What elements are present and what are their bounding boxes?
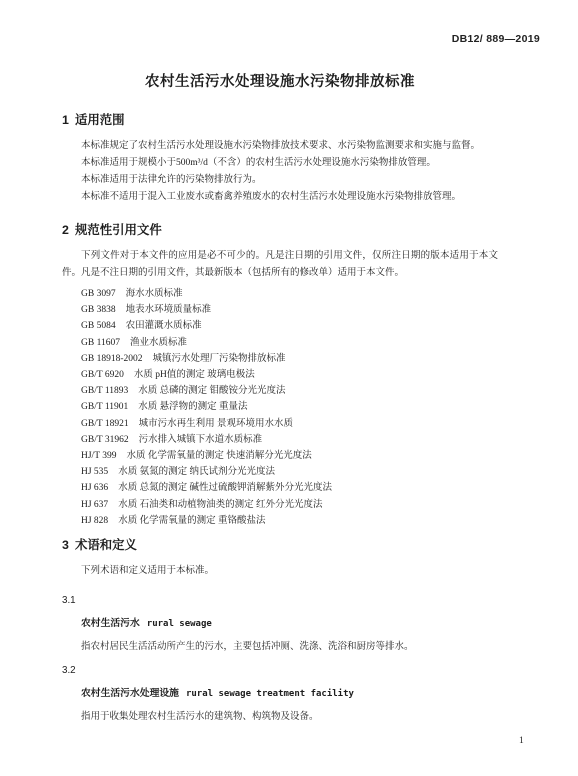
reference-item: GB 5084农田灌溉水质标准 bbox=[81, 318, 498, 334]
reference-title: 水质 石油类和动植物油类的测定 红外分光光度法 bbox=[118, 500, 322, 510]
term-name-en: rural sewage bbox=[147, 619, 212, 629]
section-1-number: 1 bbox=[62, 112, 75, 128]
reference-item: GB 11607渔业水质标准 bbox=[81, 335, 498, 351]
section-3-heading: 3术语和定义 bbox=[62, 537, 498, 553]
reference-item: GB/T 11901水质 悬浮物的测定 重量法 bbox=[81, 399, 498, 415]
scope-paragraph: 本标准规定了农村生活污水处理设施水污染物排放技术要求、水污染物监测要求和实施与监… bbox=[62, 138, 498, 155]
section-1-body: 本标准规定了农村生活污水处理设施水污染物排放技术要求、水污染物监测要求和实施与监… bbox=[62, 138, 498, 206]
reference-title: 地表水环境质量标准 bbox=[126, 305, 212, 315]
reference-item: HJ 637水质 石油类和动植物油类的测定 红外分光光度法 bbox=[81, 497, 498, 513]
reference-title: 水质 化学需氧量的测定 快速消解分光光度法 bbox=[126, 451, 311, 461]
term-id: 3.1 bbox=[62, 593, 498, 608]
section-3-title: 术语和定义 bbox=[75, 538, 137, 552]
reference-code: GB/T 18921 bbox=[81, 419, 129, 429]
term-3-2: 3.2 农村生活污水处理设施rural sewage treatment fac… bbox=[62, 663, 498, 725]
reference-code: GB 5084 bbox=[81, 321, 116, 331]
reference-title: 水质 总氮的测定 碱性过硫酸钾消解紫外分光光度法 bbox=[118, 483, 332, 493]
reference-code: HJ/T 399 bbox=[81, 451, 116, 461]
reference-item: GB/T 6920水质 pH值的测定 玻璃电极法 bbox=[81, 367, 498, 383]
reference-code: GB/T 11901 bbox=[81, 402, 128, 412]
section-3-number: 3 bbox=[62, 537, 75, 553]
reference-item: GB 18918-2002城镇污水处理厂污染物排放标准 bbox=[81, 351, 498, 367]
term-name-zh: 农村生活污水 bbox=[81, 618, 140, 629]
reference-title: 海水水质标准 bbox=[126, 289, 183, 299]
reference-item: HJ 828水质 化学需氧量的测定 重铬酸盐法 bbox=[81, 513, 498, 529]
reference-title: 污水排入城镇下水道水质标准 bbox=[139, 435, 263, 445]
reference-item: GB 3097海水水质标准 bbox=[81, 286, 498, 302]
reference-item: HJ/T 399水质 化学需氧量的测定 快速消解分光光度法 bbox=[81, 448, 498, 464]
reference-code: HJ 637 bbox=[81, 500, 108, 510]
term-id: 3.2 bbox=[62, 663, 498, 678]
reference-item: GB/T 11893水质 总磷的测定 钼酸铵分光光度法 bbox=[81, 383, 498, 399]
reference-title: 水质 pH值的测定 玻璃电极法 bbox=[134, 370, 255, 380]
document-title: 农村生活污水处理设施水污染物排放标准 bbox=[62, 72, 498, 92]
reference-title: 城镇污水处理厂污染物排放标准 bbox=[153, 354, 286, 364]
reference-title: 水质 化学需氧量的测定 重铬酸盐法 bbox=[118, 516, 265, 526]
reference-code: GB 3838 bbox=[81, 305, 116, 315]
reference-item: GB/T 31962污水排入城镇下水道水质标准 bbox=[81, 432, 498, 448]
reference-item: HJ 636水质 总氮的测定 碱性过硫酸钾消解紫外分光光度法 bbox=[81, 480, 498, 496]
term-name: 农村生活污水rural sewage bbox=[62, 616, 498, 632]
reference-item: HJ 535水质 氨氮的测定 纳氏试剂分光光度法 bbox=[81, 464, 498, 480]
scope-paragraph: 本标准适用于法律允许的污染物排放行为。 bbox=[62, 172, 498, 189]
reference-code: GB/T 6920 bbox=[81, 370, 124, 380]
page-number: 1 bbox=[519, 736, 524, 746]
reference-code: GB/T 31962 bbox=[81, 435, 129, 445]
term-name-zh: 农村生活污水处理设施 bbox=[81, 688, 179, 699]
section-2-number: 2 bbox=[62, 222, 75, 238]
reference-code: HJ 535 bbox=[81, 467, 108, 477]
reference-item: GB 3838地表水环境质量标准 bbox=[81, 302, 498, 318]
reference-item: GB/T 18921城市污水再生利用 景观环境用水水质 bbox=[81, 416, 498, 432]
reference-title: 水质 总磷的测定 钼酸铵分光光度法 bbox=[138, 386, 285, 396]
reference-title: 水质 氨氮的测定 纳氏试剂分光光度法 bbox=[118, 467, 275, 477]
reference-code: GB 18918-2002 bbox=[81, 354, 143, 364]
term-name: 农村生活污水处理设施rural sewage treatment facilit… bbox=[62, 686, 498, 702]
reference-title: 渔业水质标准 bbox=[130, 338, 187, 348]
reference-code: GB 3097 bbox=[81, 289, 116, 299]
terms-intro: 下列术语和定义适用于本标准。 bbox=[62, 563, 498, 580]
reference-code: HJ 636 bbox=[81, 483, 108, 493]
term-definition: 指用于收集处理农村生活污水的建筑物、构筑物及设备。 bbox=[62, 710, 498, 725]
reference-title: 水质 悬浮物的测定 重量法 bbox=[138, 402, 247, 412]
reference-code: HJ 828 bbox=[81, 516, 108, 526]
reference-title: 农田灌溉水质标准 bbox=[126, 321, 202, 331]
section-2-title: 规范性引用文件 bbox=[75, 223, 162, 237]
term-name-en: rural sewage treatment facility bbox=[186, 689, 354, 699]
reference-title: 城市污水再生利用 景观环境用水水质 bbox=[139, 419, 293, 429]
section-1-title: 适用范围 bbox=[75, 113, 125, 127]
reference-code: GB 11607 bbox=[81, 338, 120, 348]
term-definition: 指农村居民生活活动所产生的污水，主要包括冲厕、洗涤、洗浴和厨房等排水。 bbox=[62, 640, 498, 655]
document-page: DB12/ 889—2019 农村生活污水处理设施水污染物排放标准 1适用范围 … bbox=[0, 0, 578, 776]
doc-number: DB12/ 889—2019 bbox=[452, 33, 540, 45]
section-2-heading: 2规范性引用文件 bbox=[62, 222, 498, 238]
section-1-heading: 1适用范围 bbox=[62, 112, 498, 128]
term-3-1: 3.1 农村生活污水rural sewage 指农村居民生活活动所产生的污水，主… bbox=[62, 593, 498, 655]
scope-paragraph: 本标准不适用于混入工业废水或畜禽养殖废水的农村生活污水处理设施水污染物排放管理。 bbox=[62, 189, 498, 206]
references-intro: 下列文件对于本文件的应用是必不可少的。凡是注日期的引用文件，仅所注日期的版本适用… bbox=[62, 248, 498, 282]
reference-list: GB 3097海水水质标准 GB 3838地表水环境质量标准 GB 5084农田… bbox=[62, 286, 498, 529]
scope-paragraph: 本标准适用于规模小于500m³/d（不含）的农村生活污水处理设施水污染物排放管理… bbox=[62, 155, 498, 172]
reference-code: GB/T 11893 bbox=[81, 386, 128, 396]
